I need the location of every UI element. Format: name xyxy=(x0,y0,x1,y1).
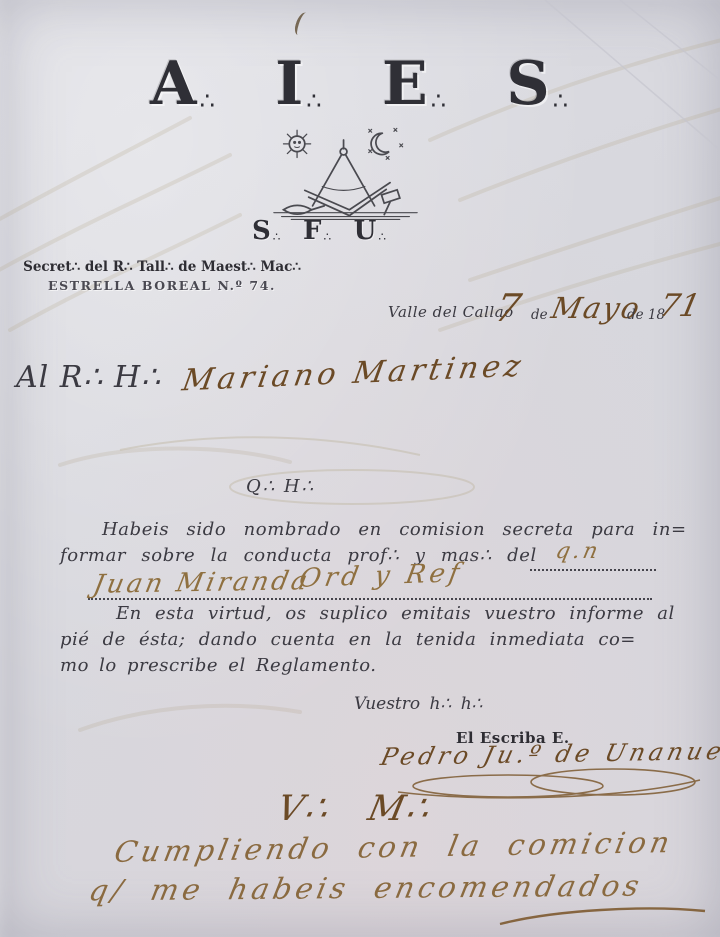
compass-and-square-icon xyxy=(305,140,390,216)
body-paragraph-2-line-3: mo lo prescribe el Reglamento. xyxy=(60,655,376,676)
scanned-letter: A∴ I∴ E∴ S∴ xyxy=(0,0,720,937)
year-value: 71 xyxy=(656,288,703,324)
acronym-letter: I∴ xyxy=(275,54,321,114)
crescent-moon-and-stars-icon xyxy=(369,128,403,159)
motto-letter: U∴ xyxy=(354,218,386,244)
triple-dot-icon: ∴ xyxy=(553,87,568,115)
masonic-emblem xyxy=(268,122,423,220)
body-paragraph-2-line-2: pié de ésta; dando cuenta en la tenida i… xyxy=(60,629,636,650)
triple-dot-icon: ∴ xyxy=(323,230,331,244)
motto-letter: F∴ xyxy=(303,218,331,244)
triple-dot-icon: ∴ xyxy=(378,230,386,244)
signature-flourish xyxy=(388,762,708,806)
triple-dot-icon: ∴ xyxy=(431,87,446,115)
salutation: Al R∴ H∴ xyxy=(16,360,161,395)
acronym-letter: S∴ xyxy=(506,54,568,114)
acronym-letter: E∴ xyxy=(382,54,446,114)
letterhead-motto: S∴ F∴ U∴ xyxy=(252,218,386,244)
closing-line: Vuestro h∴ h∴ xyxy=(354,694,482,714)
fill-extra: Ord y Ref xyxy=(297,558,466,594)
acronym-letter: A∴ xyxy=(150,54,215,114)
secretariat-line: Secret∴ del R∴ Tall∴ de Maest∴ Mac∴ xyxy=(22,259,302,275)
triple-dot-icon: ∴ xyxy=(200,87,215,115)
sun-icon xyxy=(284,130,311,157)
body-paragraph-1-line-1: Habeis sido nombrado en comision secreta… xyxy=(102,519,687,540)
fill-name: Juan Miranda xyxy=(91,566,313,600)
de-label: de xyxy=(531,307,548,323)
body-paragraph-1-line-2: formar sobre la conducta prof∴ y mas∴ de… xyxy=(60,545,537,566)
mallet-icon xyxy=(381,190,399,215)
postscript-flourish xyxy=(495,898,710,930)
lodge-name: ESTRELLA BOREAL N.º 74. xyxy=(22,278,302,293)
motto-letter: S∴ xyxy=(252,218,280,244)
fill-word: q.n xyxy=(553,539,603,564)
triple-dot-icon: ∴ xyxy=(306,87,321,115)
greeting: Q∴ H∴ xyxy=(246,476,315,497)
triple-dot-icon: ∴ xyxy=(273,230,281,244)
postscript-vm: V∴ M∴ xyxy=(274,789,435,829)
letterhead-acronym: A∴ I∴ E∴ S∴ xyxy=(150,54,568,114)
body-paragraph-2-line-1: En esta virtud, os suplico emitais vuest… xyxy=(116,603,675,624)
fill-rule xyxy=(530,568,656,571)
